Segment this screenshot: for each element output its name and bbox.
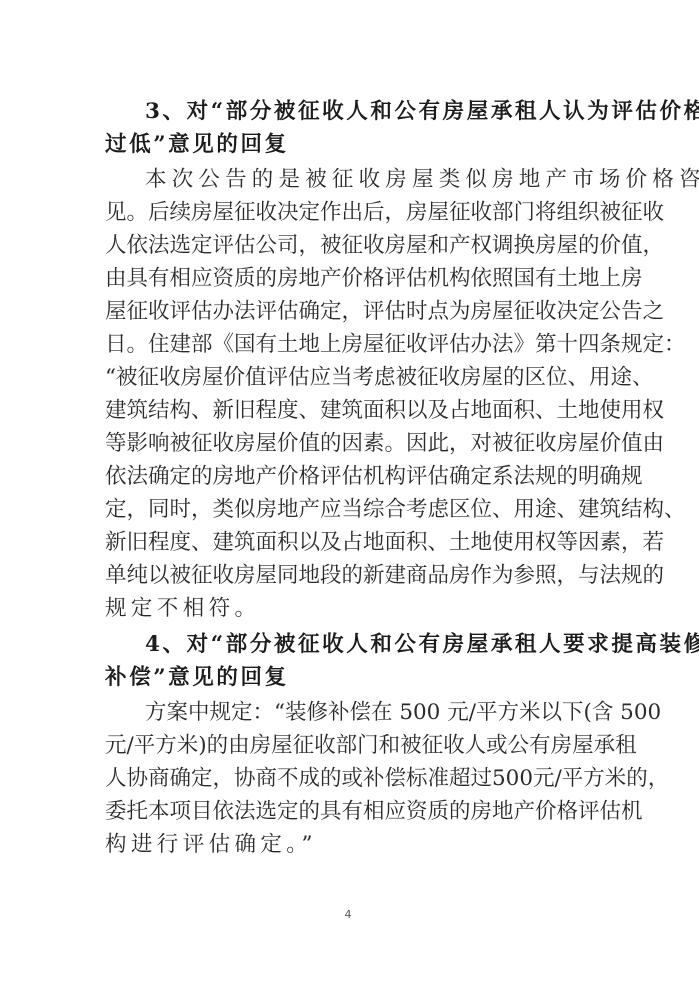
section-3-body-line: 等影响被征收房屋价值的因素。因此，对被征收房屋价值由 [105,429,595,459]
section-3-body-line: “被征收房屋价值评估应当考虑被征收房屋的区位、用途、 [105,363,595,393]
section-3-heading-line-1: 3、对“部分被征收人和公有房屋承租人认为评估价格 [145,97,595,127]
section-4-body-line: 方案中规定：“装修补偿在 500 元/平方米以下(含 500 [145,698,595,728]
section-3-body-line: 单纯以被征收房屋同地段的新建商品房作为参照，与法规的 [105,561,595,591]
section-3-body-line: 由具有相应资质的房地产价格评估机构依照国有土地上房 [105,264,595,294]
section-4-body-line: 元/平方米)的由房屋征收部门和被征收人或公有房屋承租 [105,731,595,761]
section-3-body-line: 定，同时，类似房地产应当综合考虑区位、用途、建筑结构、 [105,495,595,525]
section-4-body-line: 人协商确定，协商不成的或补偿标准超过500元/平方米的， [105,764,595,794]
section-4-body-line: 委托本项目依法选定的具有相应资质的房地产价格评估机 [105,797,595,827]
section-3-heading-line-2: 过低”意见的回复 [105,130,595,160]
section-4-body-line: 构进行评估确定。” [105,830,595,860]
section-3-body-line: 屋征收评估办法评估确定，评估时点为房屋征收决定公告之 [105,297,595,327]
document-page: 3、对“部分被征收人和公有房屋承租人认为评估价格 过低”意见的回复 本次公告的是… [0,0,699,990]
section-3-body-line: 日。住建部《国有土地上房屋征收评估办法》第十四条规定： [105,330,595,360]
section-3-body-line: 新旧程度、建筑面积以及占地面积、土地使用权等因素，若 [105,528,595,558]
section-3-body-line: 依法确定的房地产价格评估机构评估确定系法规的明确规 [105,462,595,492]
section-3-body-line: 本次公告的是被征收房屋类似房地产市场价格咨询意 [145,165,595,195]
section-4-heading-line-2: 补偿”意见的回复 [105,663,595,693]
page-number: 4 [338,908,358,921]
section-3-body-line: 建筑结构、新旧程度、建筑面积以及占地面积、土地使用权 [105,396,595,426]
section-3-body-line: 人依法选定评估公司，被征收房屋和产权调换房屋的价值， [105,231,595,261]
section-3-body-line: 见。后续房屋征收决定作出后，房屋征收部门将组织被征收 [105,198,595,228]
section-3-body-line: 规定不相符。 [105,594,595,624]
section-4-heading-line-1: 4、对“部分被征收人和公有房屋承租人要求提高装修 [145,630,595,660]
